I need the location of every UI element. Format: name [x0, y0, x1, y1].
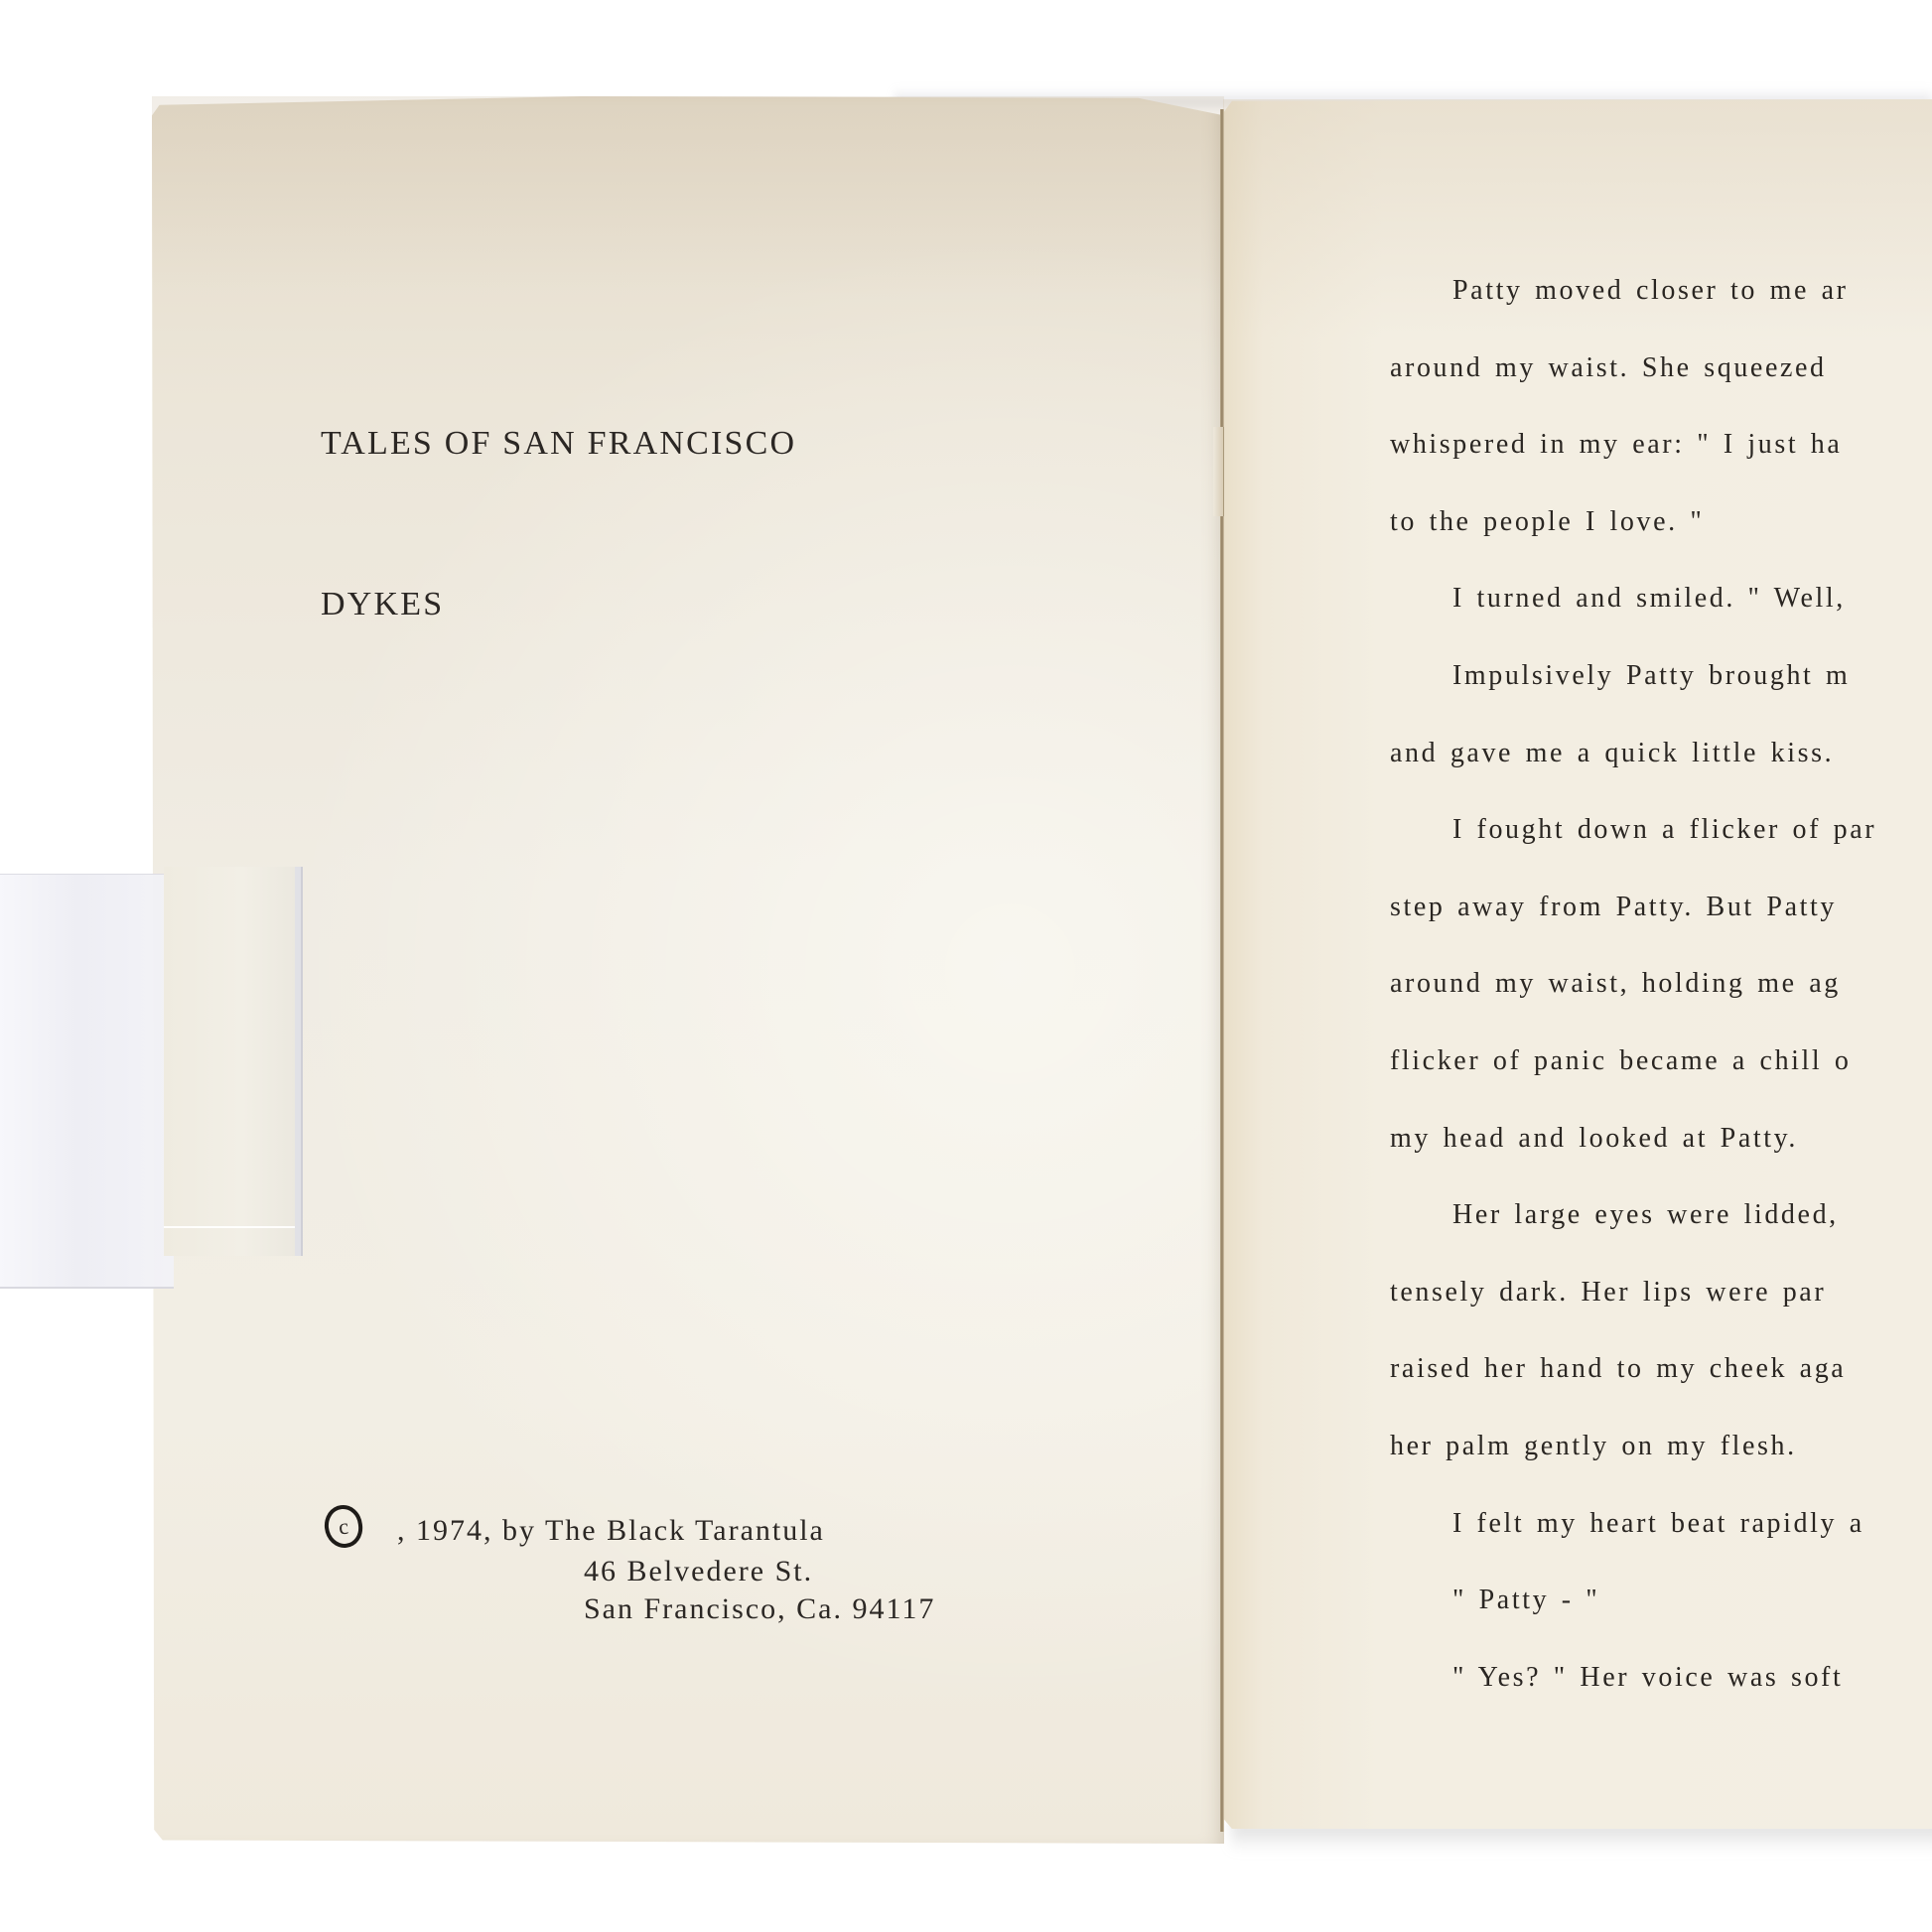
body-text-line: step away from Patty. But Patty	[1390, 892, 1837, 923]
copyright-line: , 1974, by The Black Tarantula	[397, 1514, 825, 1548]
body-text-line: my head and looked at Patty.	[1390, 1123, 1798, 1155]
publisher-city: San Francisco, Ca. 94117	[584, 1592, 935, 1626]
body-text-line: whispered in my ear: " I just ha	[1390, 429, 1842, 461]
right-page-text: Patty moved closer to me araround my wai…	[1223, 99, 1932, 1829]
body-text-line: her palm gently on my flesh.	[1390, 1431, 1797, 1462]
body-text-line: I turned and smiled. " Well,	[1452, 583, 1846, 615]
body-text-line: I fought down a flicker of par	[1452, 814, 1876, 846]
body-text-line: and gave me a quick little kiss.	[1390, 738, 1834, 769]
acrylic-holder-block	[164, 867, 301, 1256]
body-text-line: raised her hand to my cheek aga	[1390, 1353, 1846, 1385]
body-text-line: " Patty - "	[1452, 1585, 1599, 1616]
body-text-line: Her large eyes were lidded,	[1452, 1199, 1839, 1231]
body-text-line: to the people I love. "	[1390, 506, 1704, 538]
body-text-line: " Yes? " Her voice was soft	[1452, 1662, 1843, 1694]
body-text-line: I felt my heart beat rapidly a	[1452, 1508, 1864, 1540]
book-title: TALES OF SAN FRANCISCO	[321, 425, 796, 463]
acrylic-holder-plate	[0, 874, 174, 1289]
body-text-line: tensely dark. Her lips were par	[1390, 1277, 1826, 1309]
book-subtitle: DYKES	[321, 586, 444, 623]
body-text-line: Impulsively Patty brought m	[1452, 660, 1850, 692]
body-text-line: flicker of panic became a chill o	[1390, 1045, 1852, 1077]
copyright-letter: c	[338, 1515, 349, 1538]
publisher-street: 46 Belvedere St.	[584, 1555, 813, 1588]
body-text-line: around my waist, holding me ag	[1390, 968, 1841, 1000]
body-text-line: Patty moved closer to me ar	[1452, 275, 1849, 307]
body-text-line: around my waist. She squeezed	[1390, 352, 1827, 384]
